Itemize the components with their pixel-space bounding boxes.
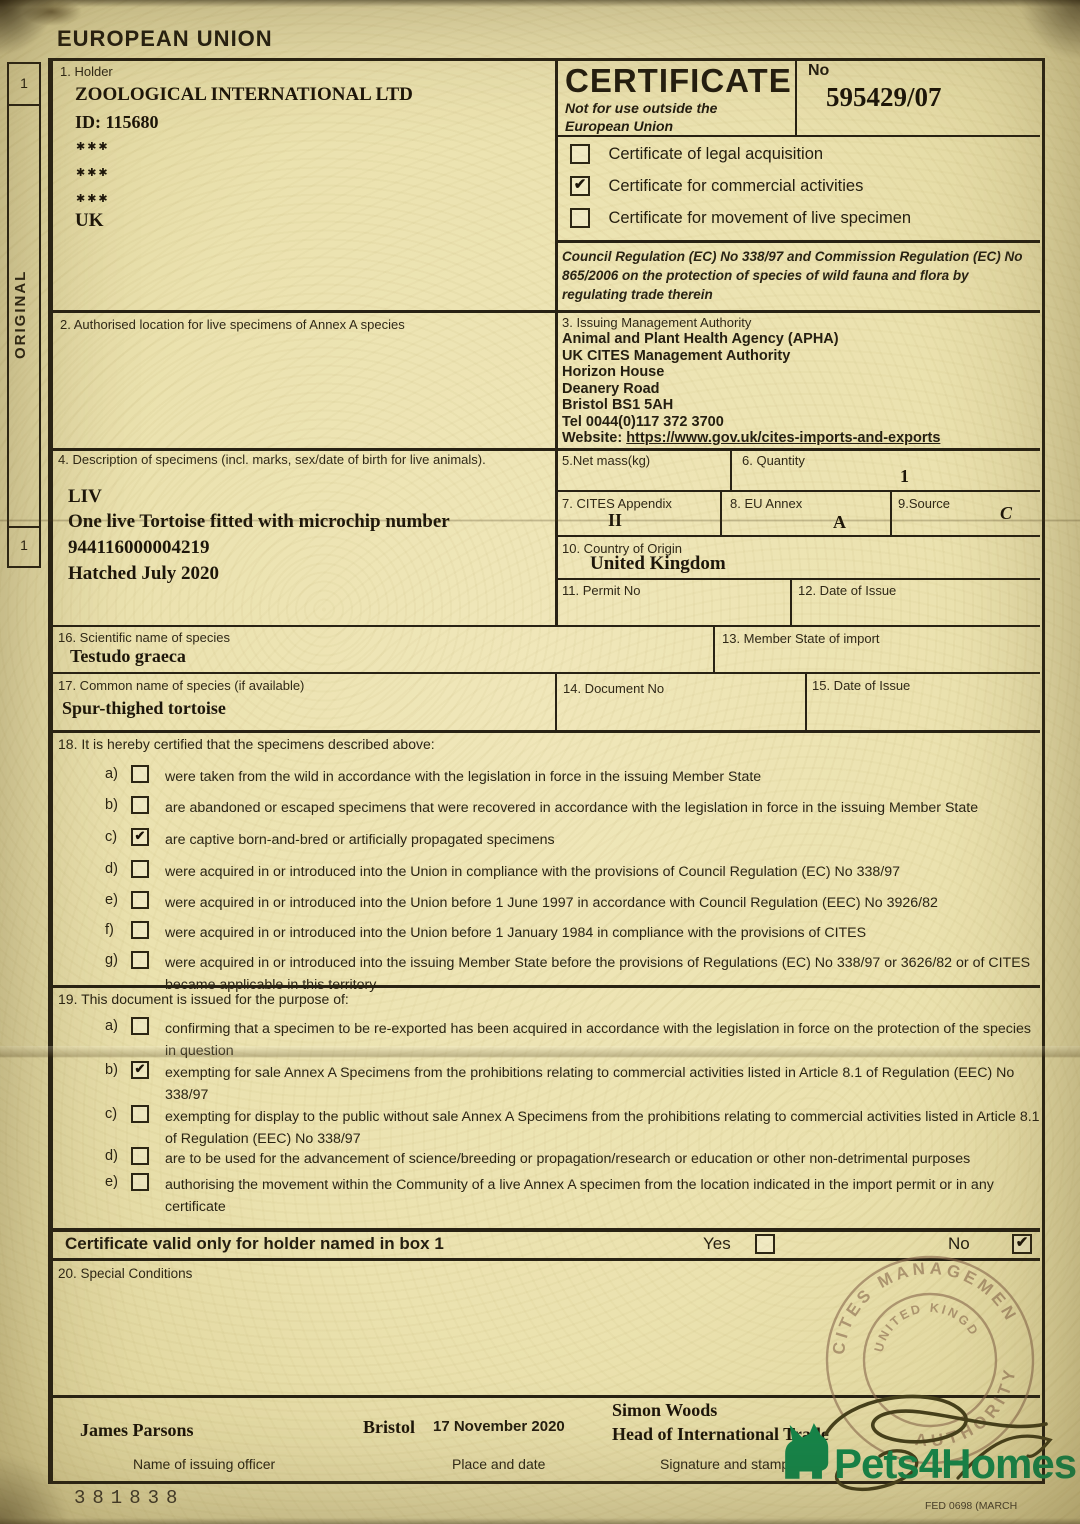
checkbox-19b[interactable]: ✔: [131, 1061, 149, 1079]
cert-type-label: Certificate for commercial activities: [608, 177, 863, 195]
cites-certificate-document: EUROPEAN UNION 1 ORIGINAL 1 1. Holder ZO…: [0, 0, 1080, 1524]
checkbox-19e[interactable]: [131, 1173, 149, 1191]
checkbox-18b[interactable]: [131, 796, 149, 814]
hatch-date: Hatched July 2020: [68, 563, 219, 585]
box20-label: 20. Special Conditions: [58, 1266, 192, 1282]
box11-label: 11. Permit No: [562, 583, 641, 598]
checkbox-18a[interactable]: [131, 765, 149, 783]
checkbox-legal-acquisition[interactable]: [570, 144, 590, 164]
certificate-title: CERTIFICATE: [565, 62, 792, 100]
place-label: Place and date: [452, 1456, 545, 1472]
cert-type-label: Certificate of legal acquisition: [608, 145, 823, 163]
date-value: 17 November 2020: [433, 1418, 565, 1435]
eu-annex-value: A: [833, 512, 846, 533]
signature-label: Signature and stamp: [660, 1456, 789, 1472]
scientific-name-value: Testudo graeca: [70, 646, 186, 667]
holder-country: UK: [75, 210, 104, 232]
cert-type-label: Certificate for movement of live specime…: [608, 209, 911, 227]
checkbox-18c[interactable]: ✔: [131, 828, 149, 846]
svg-text:CITES MANAGEMENT: CITES MANAGEMENT: [776, 1206, 1022, 1404]
source-value: C: [1000, 503, 1012, 524]
box17-label: 17. Common name of species (if available…: [58, 678, 304, 693]
checkbox-19d[interactable]: [131, 1147, 149, 1165]
box5-label: 5.Net mass(kg): [562, 453, 650, 468]
box14-label: 14. Document No: [563, 681, 664, 696]
cert-type-movement: Certificate for movement of live specime…: [570, 208, 911, 228]
checkbox-18e[interactable]: [131, 891, 149, 909]
holder-line-stars-1: ✱✱✱: [76, 140, 110, 153]
box3-label: 3. Issuing Management Authority: [562, 315, 751, 330]
validity-text: Certificate valid only for holder named …: [65, 1234, 444, 1254]
box18-label: 18. It is hereby certified that the spec…: [58, 736, 435, 752]
certificate-subtitle: Not for use outside the European Union: [565, 100, 780, 135]
officer-label: Name of issuing officer: [133, 1456, 275, 1472]
holder-id: ID: 115680: [75, 112, 159, 133]
place-value: Bristol: [363, 1417, 415, 1438]
certificate-no-label: No: [808, 62, 829, 80]
box13-label: 13. Member State of import: [722, 631, 880, 646]
box6-label: 6. Quantity: [742, 453, 805, 468]
checkbox-movement-live-specimen[interactable]: [570, 208, 590, 228]
box2-label: 2. Authorised location for live specimen…: [60, 317, 405, 332]
checkbox-valid-yes[interactable]: [755, 1234, 775, 1254]
box8-label: 8. EU Annex: [730, 496, 802, 511]
validity-yes-label: Yes: [703, 1234, 731, 1254]
specimen-description: One live Tortoise fitted with microchip …: [68, 511, 450, 533]
checkbox-18d[interactable]: [131, 860, 149, 878]
copy-number-bottom: 1: [7, 526, 41, 568]
cert-type-legal-acquisition: Certificate of legal acquisition: [570, 144, 823, 164]
certificate-number: 595429/07: [826, 82, 942, 113]
microchip-number: 944116000004219: [68, 537, 209, 559]
original-strip: ORIGINAL: [7, 102, 41, 528]
copy-number-top: 1: [7, 62, 41, 106]
cert-type-commercial: ✔ Certificate for commercial activities: [570, 176, 863, 196]
signer-name: Simon Woods: [612, 1400, 717, 1421]
original-label: ORIGINAL: [12, 102, 36, 526]
issuing-officer-name: James Parsons: [80, 1420, 194, 1441]
common-name-value: Spur-thighed tortoise: [62, 698, 226, 719]
page-title: EUROPEAN UNION: [57, 26, 273, 52]
quantity-value: 1: [900, 466, 909, 487]
checkbox-18g[interactable]: [131, 951, 149, 969]
pets4homes-logo: Pets4Homes: [778, 1420, 1076, 1485]
checkbox-19a[interactable]: [131, 1017, 149, 1035]
regulation-text: Council Regulation (EC) No 338/97 and Co…: [562, 248, 1034, 305]
box4-label: 4. Description of specimens (incl. marks…: [58, 452, 538, 467]
svg-text:UNITED KINGDOM: UNITED KINGDOM: [776, 1218, 983, 1403]
serial-number: 381838: [74, 1487, 184, 1509]
box1-label: 1. Holder: [60, 64, 113, 79]
logo-text: Pets4Homes: [834, 1443, 1076, 1485]
country-of-origin-value: United Kingdom: [590, 553, 726, 575]
checkbox-18f[interactable]: [131, 921, 149, 939]
holder-line-stars-3: ✱✱✱: [76, 192, 110, 205]
box12-label: 12. Date of Issue: [798, 583, 896, 598]
dog-icon: [778, 1420, 830, 1485]
checkbox-19c[interactable]: [131, 1105, 149, 1123]
box16-label: 16. Scientific name of species: [58, 630, 230, 645]
box15-label: 15. Date of Issue: [812, 678, 910, 693]
box3-authority-lines: Animal and Plant Health Agency (APHA) UK…: [562, 331, 940, 447]
specimen-code: LIV: [68, 486, 102, 508]
website-link[interactable]: https://www.gov.uk/cites-imports-and-exp…: [626, 430, 940, 446]
checkbox-commercial-activities[interactable]: ✔: [570, 176, 590, 196]
holder-line-stars-2: ✱✱✱: [76, 166, 110, 179]
box9-label: 9.Source: [898, 496, 950, 511]
cites-appendix-value: II: [608, 510, 622, 531]
stamp-outer-top-text: CITES MANAGEMENT: [776, 1206, 1022, 1404]
stamp-inner-text: UNITED KINGDOM: [776, 1218, 983, 1403]
holder-name: ZOOLOGICAL INTERNATIONAL LTD: [75, 84, 413, 106]
